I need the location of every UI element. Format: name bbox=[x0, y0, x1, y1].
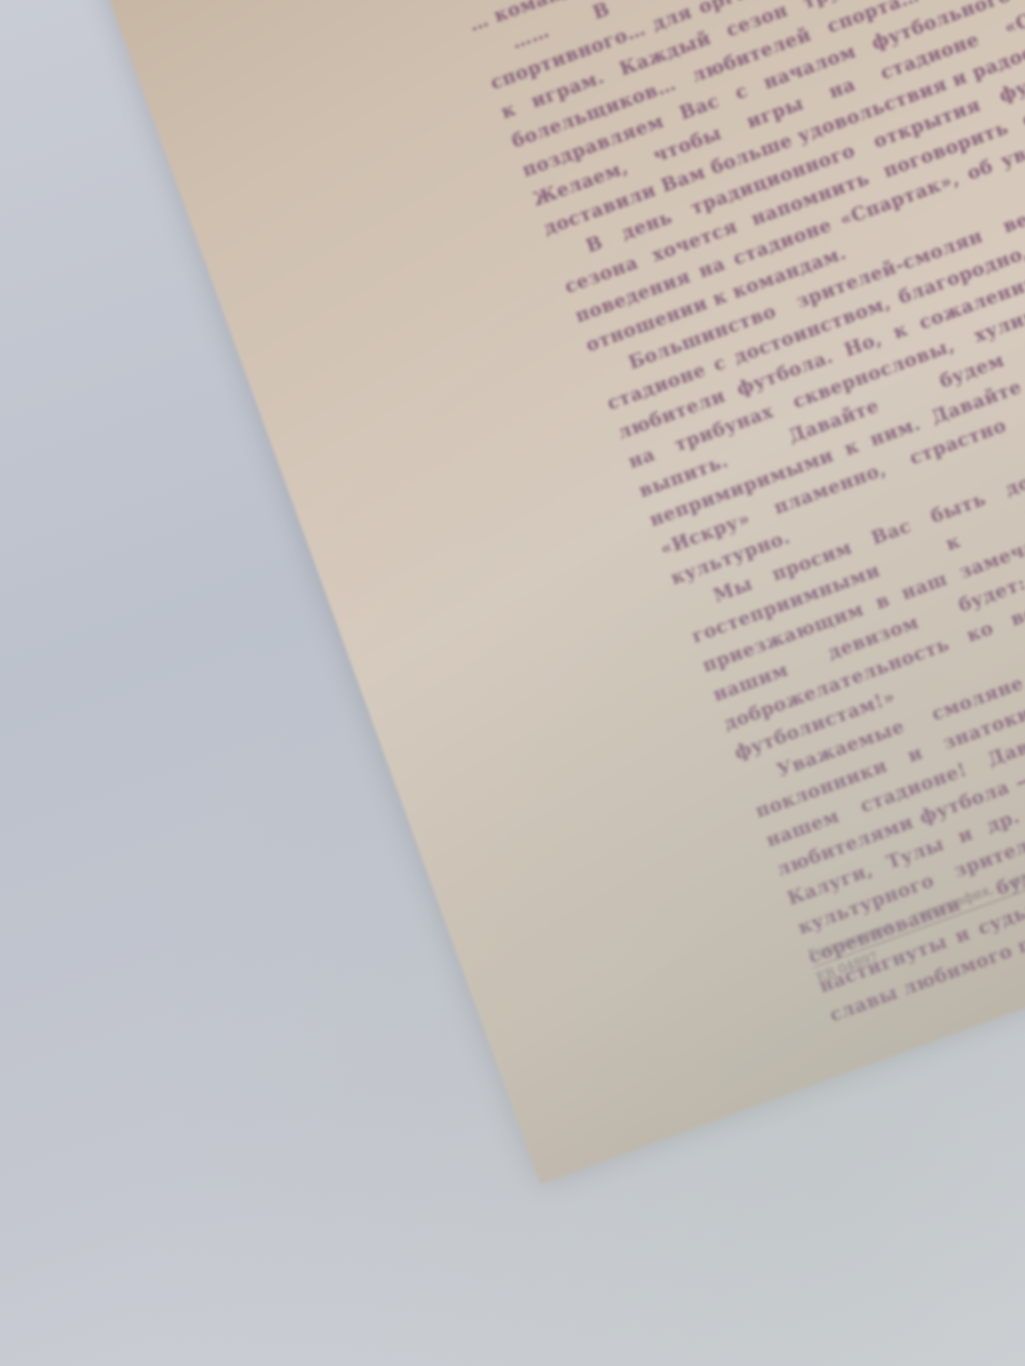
page-body: …казание стадиона — любителям футбола! …… bbox=[444, 0, 1025, 1031]
photo: …казание стадиона — любителям футбола! …… bbox=[0, 0, 1025, 1366]
document-page: …казание стадиона — любителям футбола! …… bbox=[55, 0, 1025, 1184]
